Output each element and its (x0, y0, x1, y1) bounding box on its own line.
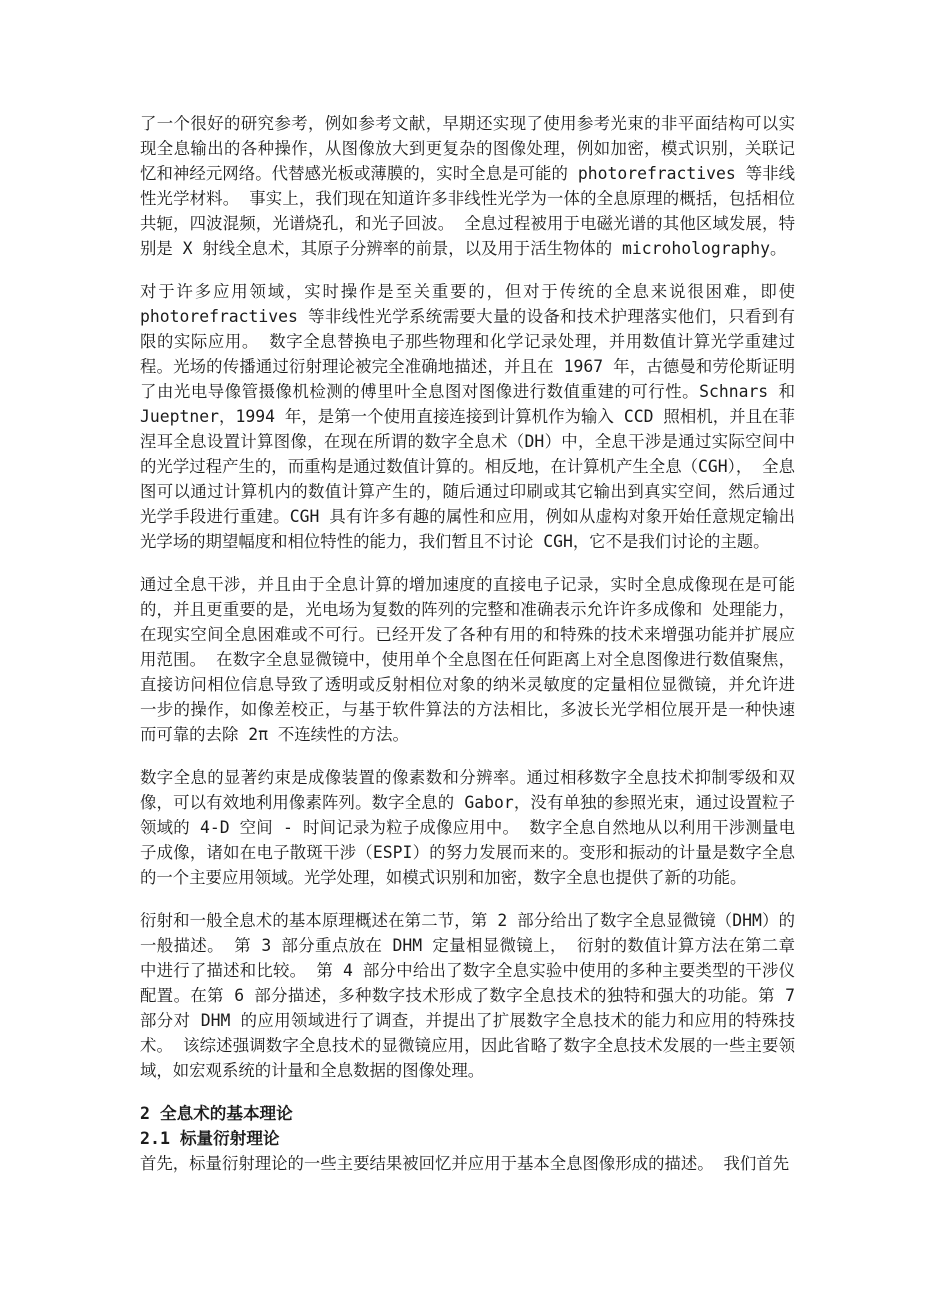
body-paragraph-5: 衍射和一般全息术的基本原理概述在第二节，第 2 部分给出了数字全息显微镜（DHM… (140, 908, 795, 1083)
body-paragraph-4: 数字全息的显著约束是成像装置的像素数和分辨率。通过相移数字全息技术抑制零级和双像… (140, 765, 795, 890)
body-paragraph-2: 对于许多应用领域，实时操作是至关重要的，但对于传统的全息来说很困难，即使 pho… (140, 279, 795, 554)
document-page: 了一个很好的研究参考，例如参考文献，早期还实现了使用参考光束的非平面结构可以实现… (140, 111, 795, 1176)
body-paragraph-3: 通过全息干涉，并且由于全息计算的增加速度的直接电子记录，实时全息成像现在是可能的… (140, 572, 795, 747)
section-heading: 2 全息术的基本理论 (140, 1101, 795, 1126)
trailing-paragraph: 首先，标量衍射理论的一些主要结果被回忆并应用于基本全息图像形成的描述。 我们首先 (140, 1151, 795, 1176)
subsection-heading: 2.1 标量衍射理论 (140, 1126, 795, 1151)
body-paragraph-1: 了一个很好的研究参考，例如参考文献，早期还实现了使用参考光束的非平面结构可以实现… (140, 111, 795, 261)
